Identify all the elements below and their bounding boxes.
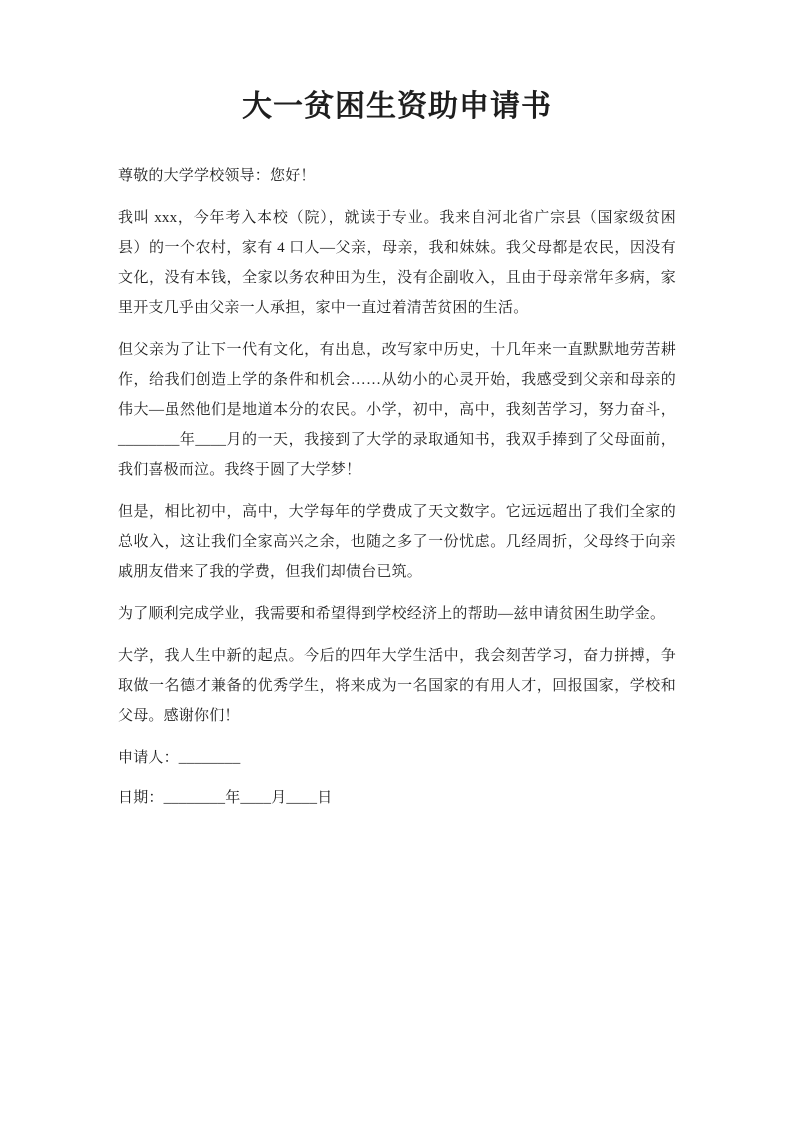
date-signature-line: 日期：________年____月____日 [118, 783, 676, 813]
paragraph-aid-request: 为了顺利完成学业，我需要和希望得到学校经济上的帮助—兹申请贫困生助学金。 [118, 599, 676, 629]
paragraph-tuition-burden: 但是，相比初中，高中，大学每年的学费成了天文数字。它远远超出了我们全家的总收入，… [118, 497, 676, 587]
document-title: 大一贫困生资助申请书 [118, 85, 676, 129]
paragraph-future-commitment: 大学，我人生中新的起点。今后的四年大学生活中，我会刻苦学习，奋力拼搏，争取做一名… [118, 641, 676, 731]
document-page: 大一贫困生资助申请书 尊敬的大学学校领导：您好！ 我叫 xxx，今年考入本校（院… [0, 0, 793, 1122]
paragraph-father-efforts: 但父亲为了让下一代有文化，有出息，改写家中历史，十几年来一直默默地劳苦耕作，给我… [118, 335, 676, 485]
greeting-line: 尊敬的大学学校领导：您好！ [118, 161, 676, 191]
applicant-signature-line: 申请人：________ [118, 743, 676, 773]
paragraph-family-background: 我叫 xxx，今年考入本校（院），就读于专业。我来自河北省广宗县（国家级贫困县）… [118, 203, 676, 323]
